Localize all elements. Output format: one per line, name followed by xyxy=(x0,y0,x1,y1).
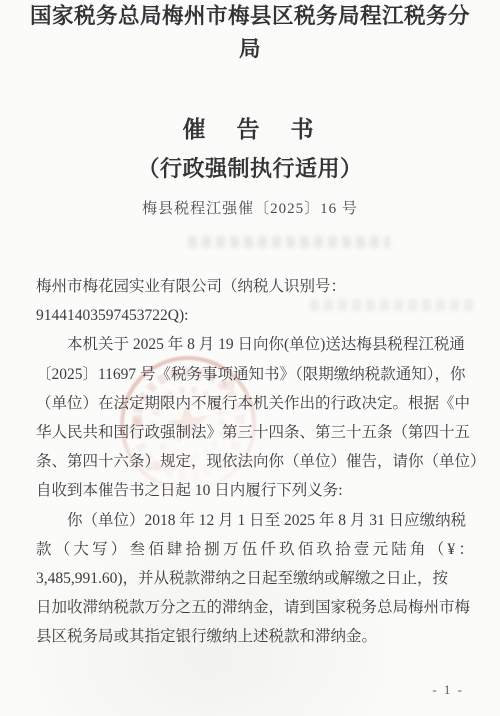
document-type-title: 催 告 书 xyxy=(0,111,500,144)
body-line: 日加收滞纳税款万分之五的滞纳金，请到国家税务总局梅州市梅 xyxy=(36,593,472,622)
document-subtitle: （行政强制执行适用） xyxy=(0,152,500,183)
body-line: 条、第四十六条）规定，现依法向你（单位）催告，请你（单位） xyxy=(36,447,472,476)
body-line: 华人民共和国行政强制法》第三十四条、第三十五条（第四十五 xyxy=(36,418,472,447)
scanned-tax-notice-page: 国家税务总局梅州市梅县区税务局程江税务分 局 催 告 书 （行政强制执行适用） … xyxy=(0,0,500,716)
page-number: - 1 - xyxy=(432,682,464,698)
issuing-authority-line2: 局 xyxy=(0,33,500,66)
ink-bleed-through-smudge xyxy=(188,236,390,248)
body-line: 本机关于 2025 年 8 月 19 日向你(单位)送达梅县税程江税通 xyxy=(36,330,472,359)
issuing-authority-title: 国家税务总局梅州市梅县区税务局程江税务分 局 xyxy=(0,0,500,66)
body-line: 款（大写）叁佰肆拾捌万伍仟玖佰玖拾壹元陆角（¥： xyxy=(36,535,472,564)
body-line: 自收到本催告书之日起 10 日内履行下列义务: xyxy=(36,476,472,505)
body-line: 〔2025〕11697 号《税务事项通知书》（限期缴纳税款通知），你 xyxy=(36,360,472,389)
body-line: 你（单位）2018 年 12 月 1 日至 2025 年 8 月 31 日应缴纳… xyxy=(36,506,472,535)
document-reference-number: 梅县税程江强催〔2025〕16 号 xyxy=(0,197,500,218)
notice-body: 梅州市梅花园实业有限公司（纳税人识别号： 91441403597453722Q)… xyxy=(36,272,472,652)
body-line: （单位）在法定期限内不履行本机关作出的行政决定。根据《中 xyxy=(36,389,472,418)
issuing-authority-line1: 国家税务总局梅州市梅县区税务局程江税务分 xyxy=(0,0,500,33)
body-line: 91441403597453722Q): xyxy=(36,301,472,330)
body-line: 县区税务局或其指定银行缴纳上述税款和滞纳金。 xyxy=(36,622,472,651)
body-line: 梅州市梅花园实业有限公司（纳税人识别号： xyxy=(36,272,472,301)
body-line: 3,485,991.60)，并从税款滞纳之日起至缴纳或解缴之日止，按 xyxy=(36,564,472,593)
